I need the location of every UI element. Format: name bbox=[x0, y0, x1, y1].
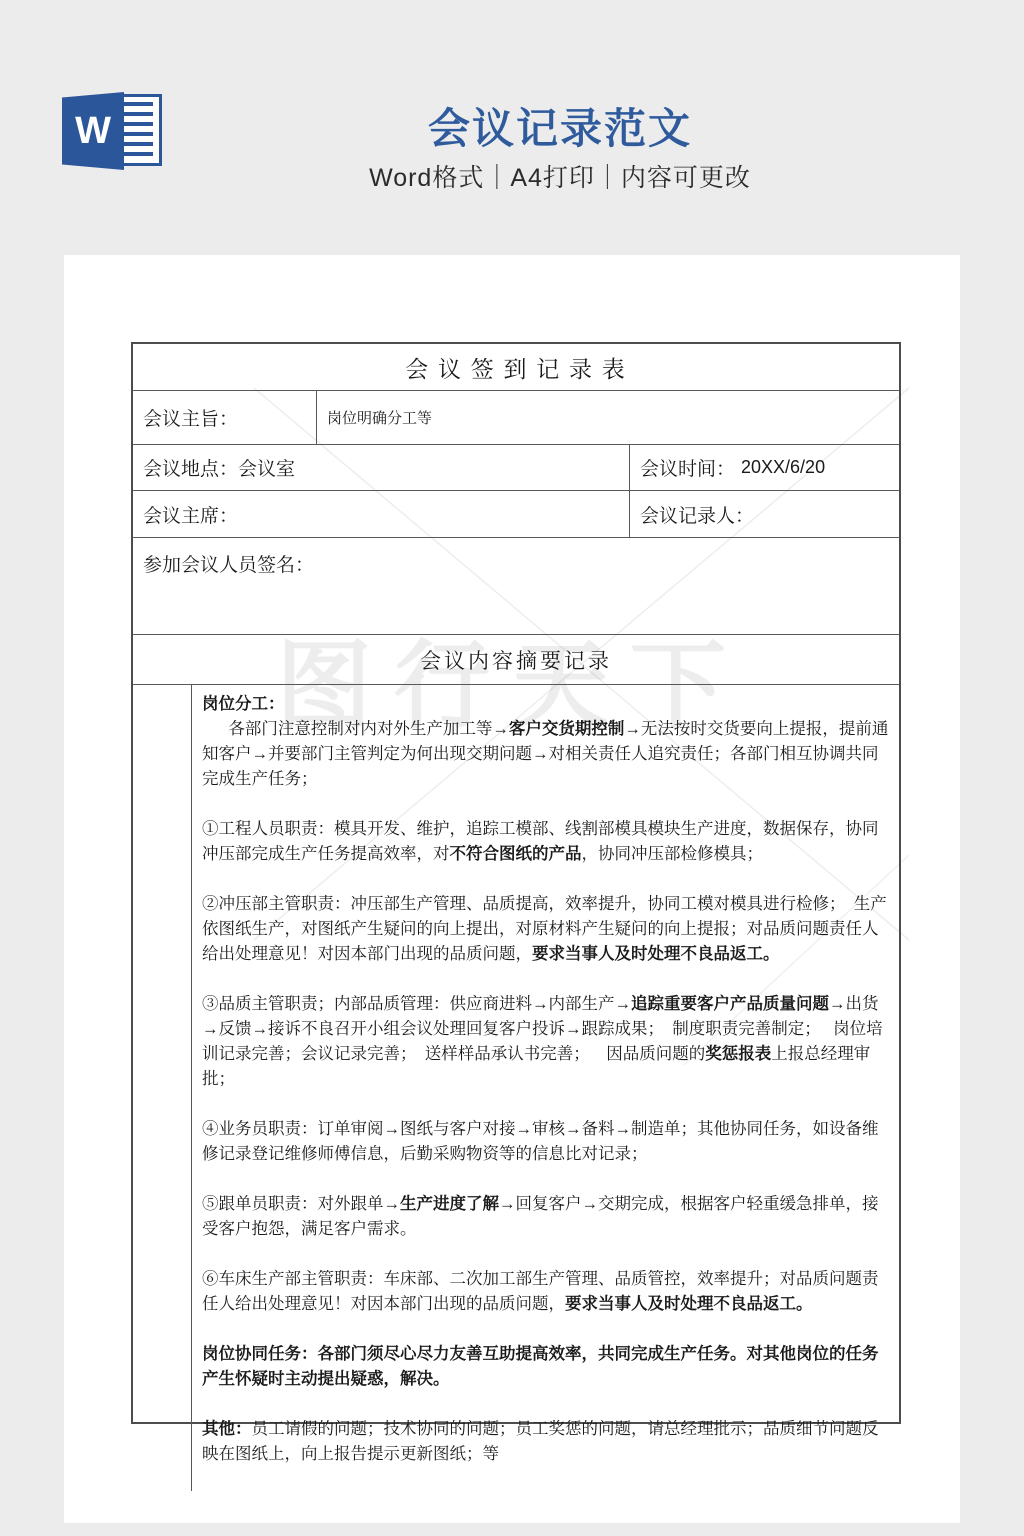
paragraph: ③品质主管职责；内部品质管理：供应商进料→内部生产→追踪重要客户产品质量问题→出… bbox=[202, 991, 889, 1091]
summary-header: 会议内容摘要记录 bbox=[420, 645, 612, 675]
meeting-time-label: 会议时间： bbox=[640, 454, 735, 481]
paragraph: ⑥车床生产部主管职责：车床部、二次加工部生产管理、品质管控，效率提升；对品质问题… bbox=[202, 1266, 889, 1316]
paragraph: 各部门注意控制对内对外生产加工等→客户交货期控制→无法按时交货要向上提报，提前通… bbox=[202, 716, 889, 791]
word-icon: W bbox=[62, 92, 164, 170]
meeting-location: 会议地点：会议室 bbox=[133, 445, 630, 490]
page-title: 会议记录范文 bbox=[160, 96, 960, 156]
word-icon-w-letter: W bbox=[62, 92, 124, 170]
document-page: 图行天下 会 议 签 到 记 录 表 会议主旨： 岗位明确分工等 会议地点：会议… bbox=[64, 255, 960, 1523]
page-subtitle: Word格式｜A4打印｜内容可更改 bbox=[160, 158, 960, 194]
subject-row: 会议主旨： 岗位明确分工等 bbox=[133, 391, 899, 445]
paragraph: ⑤跟单员职责：对外跟单→生产进度了解→回复客户→交期完成，根据客户轻重缓急排单，… bbox=[202, 1191, 889, 1241]
screenshot-root: { "header": { "icon_letter": "W", "title… bbox=[0, 0, 1024, 1536]
subject-value: 岗位明确分工等 bbox=[317, 391, 899, 444]
meeting-chairman: 会议主席： bbox=[133, 491, 630, 537]
paragraph: ①工程人员职责：模具开发、维护，追踪工模部、线割部模具模块生产进度，数据保存，协… bbox=[202, 816, 889, 866]
signatures-row: 参加会议人员签名： bbox=[133, 538, 899, 635]
paragraph: ④业务员职责：订单审阅→图纸与客户对接→审核→备料→制造单；其他协同任务，如设备… bbox=[202, 1116, 889, 1166]
meeting-time-value: 20XX/6/20 bbox=[741, 457, 825, 478]
table-title-row: 会 议 签 到 记 录 表 bbox=[133, 344, 899, 391]
signin-table: 会 议 签 到 记 录 表 会议主旨： 岗位明确分工等 会议地点：会议室 会议时… bbox=[131, 342, 901, 1424]
paragraph: 岗位分工： bbox=[202, 691, 889, 716]
content-cell: 岗位分工：各部门注意控制对内对外生产加工等→客户交货期控制→无法按时交货要向上提… bbox=[192, 685, 899, 1491]
signatures-label: 参加会议人员签名： bbox=[133, 538, 899, 634]
top-header: W 会议记录范文 Word格式｜A4打印｜内容可更改 bbox=[0, 0, 1024, 255]
subject-label: 会议主旨： bbox=[133, 391, 317, 444]
meeting-recorder: 会议记录人： bbox=[630, 491, 899, 537]
paragraph: ②冲压部主管职责：冲压部生产管理、品质提高，效率提升，协同工模对模具进行检修； … bbox=[202, 891, 889, 966]
paragraph: 岗位协同任务：各部门须尽心尽力友善互助提高效率，共同完成生产任务。对其他岗位的任… bbox=[202, 1341, 889, 1391]
content-row: 岗位分工：各部门注意控制对内对外生产加工等→客户交货期控制→无法按时交货要向上提… bbox=[133, 685, 899, 1491]
chairman-recorder-row: 会议主席： 会议记录人： bbox=[133, 491, 899, 538]
content-left-spacer-cell bbox=[133, 685, 192, 1491]
location-time-row: 会议地点：会议室 会议时间： 20XX/6/20 bbox=[133, 445, 899, 491]
table-title: 会 议 签 到 记 录 表 bbox=[405, 351, 627, 384]
summary-header-row: 会议内容摘要记录 bbox=[133, 635, 899, 685]
meeting-time: 会议时间： 20XX/6/20 bbox=[630, 445, 899, 490]
word-icon-text-lines bbox=[119, 102, 153, 158]
paragraph: 其他：员工请假的问题；技术协同的问题；员工奖惩的问题，请总经理批示；品质细节问题… bbox=[202, 1416, 889, 1466]
